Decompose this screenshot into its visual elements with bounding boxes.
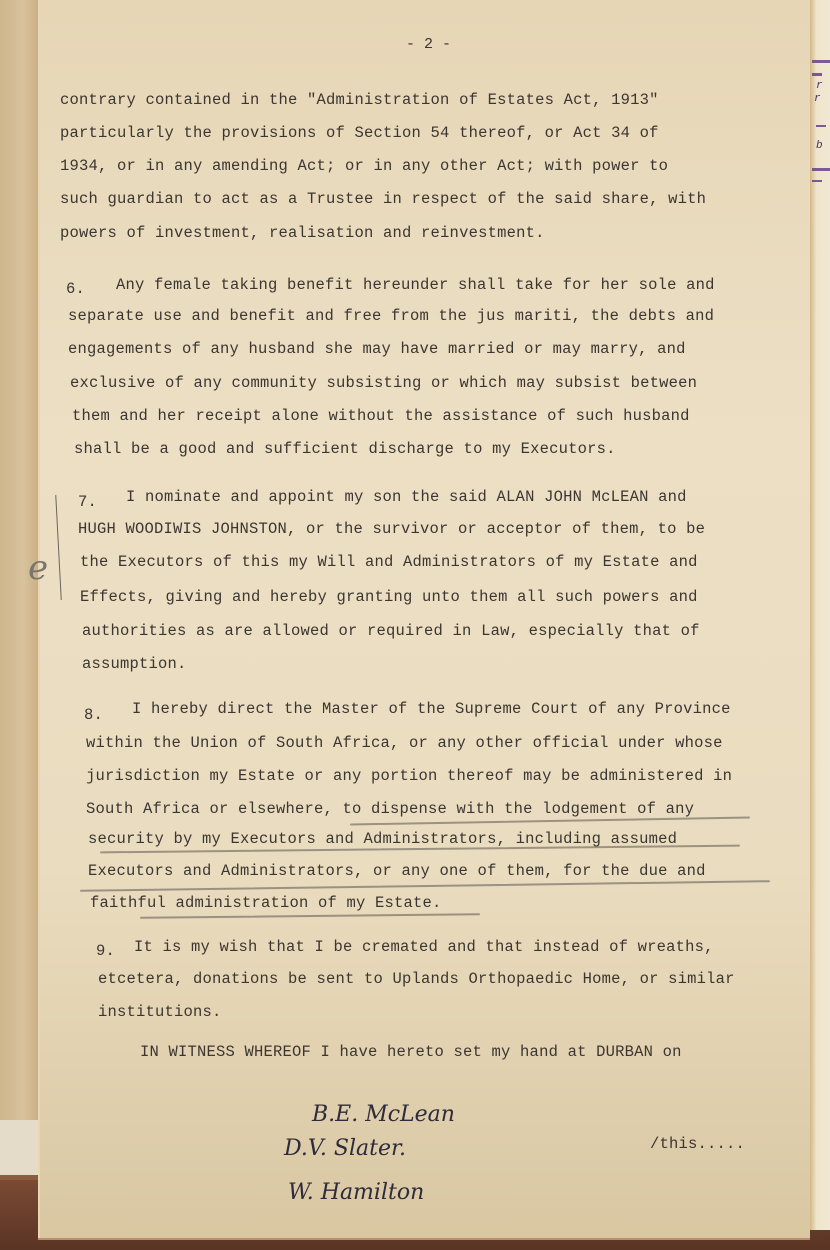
clause-7-line: I nominate and appoint my son the said A…	[126, 488, 687, 506]
adjacent-sheet-right: r r b	[808, 0, 830, 1230]
text-line: powers of investment, realisation and re…	[60, 224, 545, 242]
clause-number: 6.	[66, 280, 85, 298]
pencil-margin-bracket	[55, 495, 61, 600]
clause-8-line: within the Union of South Africa, or any…	[86, 734, 723, 752]
clause-8-line: jurisdiction my Estate or any portion th…	[86, 767, 732, 785]
clause-6-line: Any female taking benefit hereunder shal…	[116, 276, 715, 294]
text-line: particularly the provisions of Section 5…	[60, 124, 659, 142]
purple-mark	[812, 168, 830, 171]
clause-number: 7.	[78, 493, 97, 511]
purple-mark-letter: r	[814, 93, 821, 105]
page-number: - 2 -	[406, 36, 451, 53]
will-page: - 2 - contrary contained in the "Adminis…	[38, 0, 810, 1238]
pencil-underline	[80, 880, 770, 892]
clause-9-line: It is my wish that I be cremated and tha…	[134, 938, 714, 956]
purple-mark	[812, 60, 830, 63]
continuation-marker: /this.....	[650, 1135, 745, 1153]
clause-6-line: exclusive of any community subsisting or…	[70, 374, 697, 392]
clause-9-line: etcetera, donations be sent to Uplands O…	[98, 970, 735, 988]
purple-mark-letter: r	[816, 80, 823, 92]
purple-mark-letter: b	[816, 140, 823, 152]
clause-8-line: I hereby direct the Master of the Suprem…	[132, 700, 731, 718]
purple-mark	[812, 73, 822, 76]
text-line: 1934, or in any amending Act; or in any …	[60, 157, 668, 175]
clause-6-line: them and her receipt alone without the a…	[72, 407, 690, 425]
pencil-margin-annotation: e	[28, 548, 48, 588]
signature-testator: B.E. McLean	[312, 1102, 455, 1127]
clause-6-line: shall be a good and sufficient discharge…	[74, 440, 616, 458]
text-line: such guardian to act as a Trustee in res…	[60, 190, 706, 208]
clause-7-line: Effects, giving and hereby granting unto…	[80, 588, 698, 606]
purple-mark	[812, 180, 822, 182]
clause-6-line: separate use and benefit and free from t…	[68, 307, 714, 325]
clause-7-line: assumption.	[82, 655, 187, 673]
clause-8-line: Executors and Administrators, or any one…	[88, 862, 706, 880]
underlying-sheet-white	[0, 1120, 40, 1180]
clause-8-line: South Africa or elsewhere, to dispense w…	[86, 800, 694, 818]
clause-6-line: engagements of any husband she may have …	[68, 340, 686, 358]
text-line: contrary contained in the "Administratio…	[60, 91, 659, 109]
clause-9-line: institutions.	[98, 1003, 222, 1021]
signature-witness-2: W. Hamilton	[288, 1180, 424, 1205]
witness-clause: IN WITNESS WHEREOF I have hereto set my …	[140, 1043, 682, 1061]
signature-witness-1: D.V. Slater.	[284, 1136, 406, 1161]
clause-number: 8.	[84, 706, 103, 724]
clause-8-line: faithful administration of my Estate.	[90, 894, 442, 912]
clause-7-line: HUGH WOODIWIS JOHNSTON, or the survivor …	[78, 520, 705, 538]
clause-7-line: authorities as are allowed or required i…	[82, 622, 700, 640]
clause-number: 9.	[96, 942, 115, 960]
pencil-underline	[140, 913, 480, 919]
clause-7-line: the Executors of this my Will and Admini…	[80, 553, 698, 571]
purple-mark	[816, 125, 826, 127]
